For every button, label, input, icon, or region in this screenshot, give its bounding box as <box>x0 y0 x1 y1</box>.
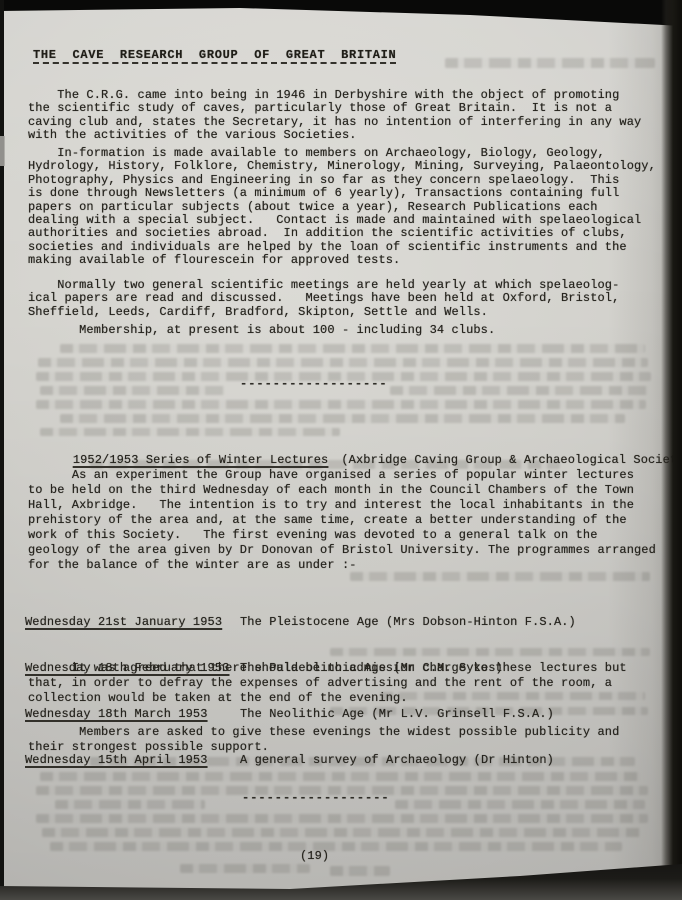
paragraph-closing: Members are asked to give these evenings… <box>28 725 666 755</box>
scanned-document-page: THE CAVE RESEARCH GROUP OF GREAT BRITAIN… <box>0 0 682 900</box>
paragraph-lectures-intro: As an experiment the Group have organise… <box>28 468 666 573</box>
lecture-row: Wednesday 21st January 1953The Pleistoce… <box>25 615 576 630</box>
scan-edge-left <box>0 0 4 900</box>
paragraph-admission: It was agreed that there should be no ad… <box>28 661 666 706</box>
section-heading-note: (Axbridge Caving Group & Archaeological … <box>341 453 682 467</box>
page-number: (19) <box>300 849 329 863</box>
page-content: THE CAVE RESEARCH GROUP OF GREAT BRITAIN… <box>0 0 682 900</box>
paragraph-crg-activities: In-formation is made available to member… <box>28 147 666 268</box>
lecture-date: Wednesday 21st January 1953 <box>25 615 240 630</box>
paragraph-crg-meetings: Normally two general scientific meetings… <box>28 279 666 319</box>
scan-edge-notch <box>0 136 5 166</box>
lecture-topic: A general survey of Archaeology (Dr Hint… <box>240 753 554 767</box>
lecture-topic: The Pleistocene Age (Mrs Dobson-Hinton F… <box>240 615 576 629</box>
typed-divider-2: ------------------ <box>242 791 390 805</box>
typed-divider-1: ------------------ <box>240 377 388 391</box>
lecture-topic: The Neolithic Age (Mr L.V. Grinsell F.S.… <box>240 707 554 721</box>
lecture-date: Wednesday 18th March 1953 <box>25 707 240 722</box>
article-title: THE CAVE RESEARCH GROUP OF GREAT BRITAIN <box>33 48 396 62</box>
paragraph-crg-origin: The C.R.G. came into being in 1946 in De… <box>28 89 666 143</box>
lecture-row: Wednesday 15th April 1953A general surve… <box>25 753 576 768</box>
paragraph-crg-membership: Membership, at present is about 100 - in… <box>28 324 666 337</box>
scan-edge-right <box>661 0 682 900</box>
lecture-date: Wednesday 15th April 1953 <box>25 753 240 768</box>
section-heading-title: 1952/1953 Series of Winter Lectures <box>73 453 329 467</box>
lecture-row: Wednesday 18th March 1953The Neolithic A… <box>25 707 576 722</box>
